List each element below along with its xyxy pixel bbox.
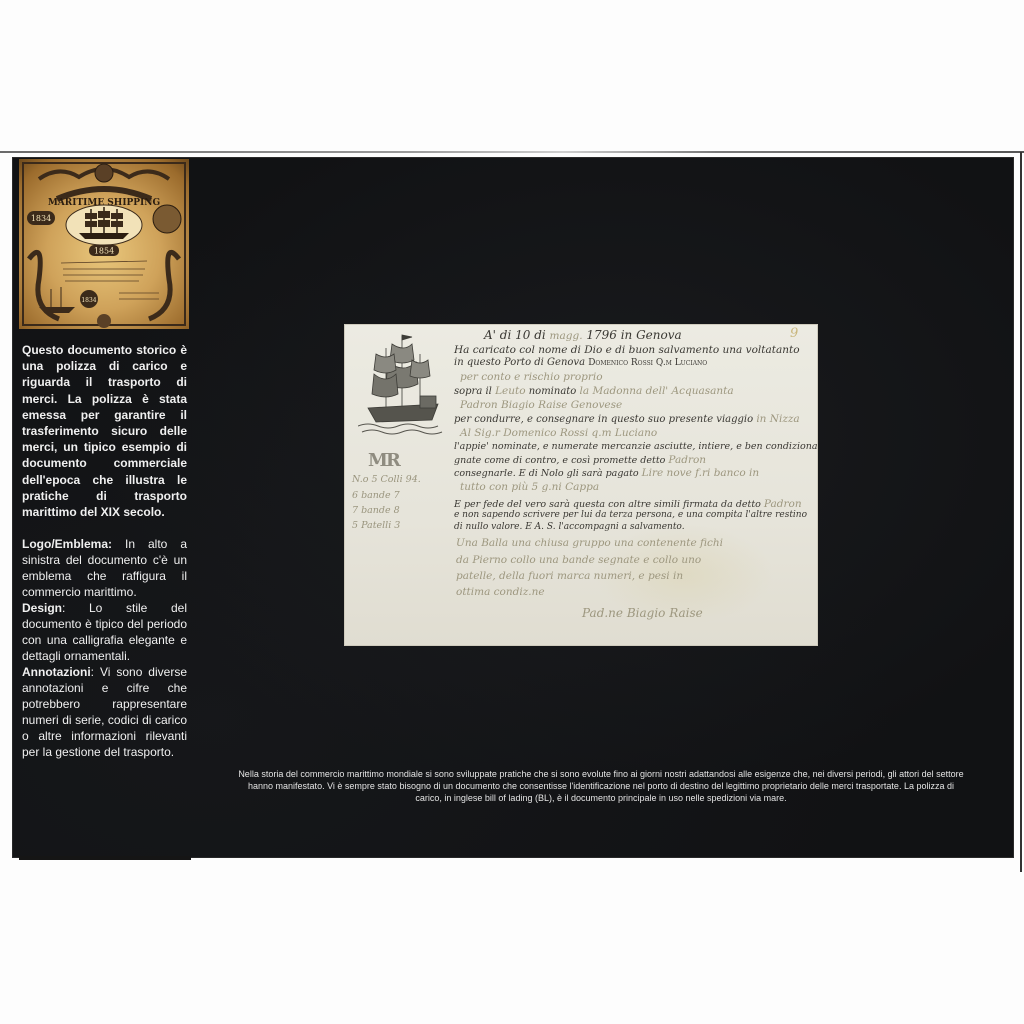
doc-line-handwritten: ottima condiz.ne bbox=[456, 586, 545, 598]
margin-note: 6 bande 7 bbox=[352, 490, 400, 501]
doc-line: in questo Porto di Genova Domenico Rossi… bbox=[454, 357, 707, 368]
doc-line-handwritten: Una Balla una chiusa gruppo una contenen… bbox=[456, 537, 723, 549]
margin-note: 7 bande 8 bbox=[352, 505, 400, 516]
doc-line: di nullo valore. E A. S. l'accompagni a … bbox=[454, 522, 685, 532]
doc-line-handwritten: patelle, della fuori marca numeri, e pes… bbox=[456, 570, 683, 582]
doc-line: per condurre, e consegnare in questo suo… bbox=[454, 413, 800, 425]
sailing-ship-icon bbox=[358, 330, 448, 440]
svg-text:1834: 1834 bbox=[31, 214, 51, 223]
svg-text:1854: 1854 bbox=[94, 247, 114, 256]
doc-line-handwritten: Al Sig.r Domenico Rossi q.m Luciano bbox=[460, 427, 657, 439]
bill-of-lading-document: MR A' di 10 di magg. 1796 in Genova 9 Ha… bbox=[344, 324, 818, 646]
doc-line: sopra il Leuto nominato la Madonna dell'… bbox=[454, 385, 734, 397]
section-design: Design: Lo stile del documento è tipico … bbox=[22, 600, 187, 664]
caption-text: Nella storia del commercio marittimo mon… bbox=[236, 768, 966, 804]
svg-text:1834: 1834 bbox=[81, 297, 96, 304]
signature: Pad.ne Biagio Raise bbox=[582, 606, 703, 620]
maritime-shipping-emblem: MARITIME SHIPPING 1834 1854 1834 bbox=[19, 159, 189, 329]
page-number: 9 bbox=[790, 326, 798, 341]
doc-line: E per fede del vero sarà questa con altr… bbox=[454, 498, 802, 510]
margin-note: N.o 5 Colli 94. bbox=[352, 474, 421, 485]
section-term: Design bbox=[22, 601, 62, 615]
section-text: : Vi sono diverse annotazioni e cifre ch… bbox=[22, 665, 187, 759]
doc-line: Ha caricato col nome di Dio e di buon sa… bbox=[454, 344, 800, 356]
doc-line-date: A' di 10 di magg. 1796 in Genova bbox=[484, 328, 682, 342]
section-term: Annotazioni bbox=[22, 665, 91, 679]
panel-bottom-strip bbox=[19, 856, 191, 860]
margin-note: 5 Patelli 3 bbox=[352, 520, 400, 531]
doc-line: l'appie' nominate, e numerate mercanzie … bbox=[454, 441, 818, 452]
sheet-top-edge bbox=[0, 151, 1024, 153]
doc-line-handwritten: per conto e rischio proprio bbox=[460, 371, 603, 383]
doc-line-handwritten: da Pierno collo una bande segnate e coll… bbox=[456, 554, 701, 566]
monogram: MR bbox=[368, 450, 399, 471]
description-sidebar: Questo documento storico è una polizza d… bbox=[22, 342, 187, 760]
section-annotations: Annotazioni: Vi sono diverse annotazioni… bbox=[22, 664, 187, 760]
doc-line-handwritten: tutto con più 5 g.ni Cappa bbox=[460, 481, 599, 493]
doc-line: consegnarle. E di Nolo gli sarà pagato L… bbox=[454, 467, 759, 479]
doc-line-handwritten: Padron Biagio Raise Genovese bbox=[460, 399, 622, 411]
section-logo: Logo/Emblema: In alto a sinistra del doc… bbox=[22, 536, 187, 600]
intro-paragraph: Questo documento storico è una polizza d… bbox=[22, 342, 187, 520]
section-term: Logo/Emblema: bbox=[22, 537, 112, 551]
doc-line: e non sapendo scrivere per lui da terza … bbox=[454, 510, 807, 520]
doc-line: gnate come di contro, e così promette de… bbox=[454, 454, 706, 466]
sheet-right-edge bbox=[1020, 152, 1022, 872]
emblem-illustration-icon: MARITIME SHIPPING 1834 1854 1834 bbox=[19, 159, 189, 329]
